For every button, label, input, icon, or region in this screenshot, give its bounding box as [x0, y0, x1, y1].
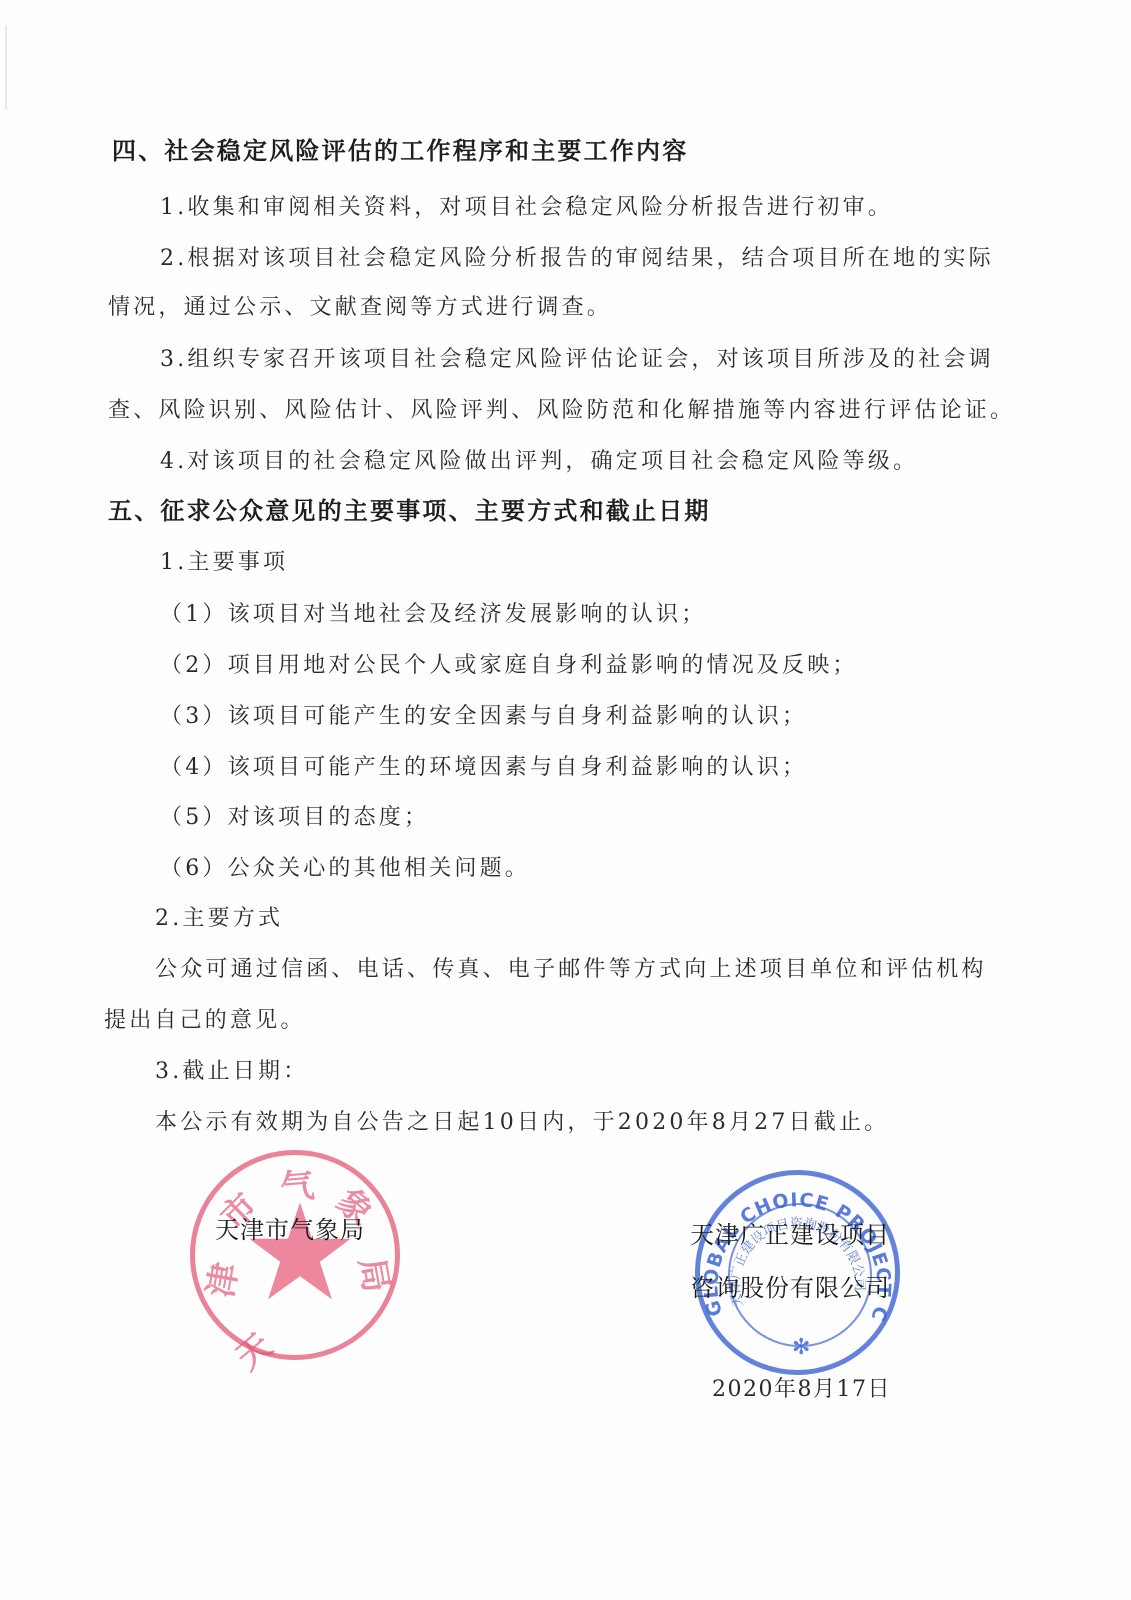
seal-char: 天: [223, 1320, 281, 1379]
subsection-2-title: 2.主要方式: [155, 904, 283, 934]
seal-char: 气: [278, 1158, 316, 1210]
section-4-item-1: 1.收集和审阅相关资料，对项目社会稳定风险分析报告进行初审。: [160, 193, 893, 223]
matter-item-1: （1）该项目对当地社会及经济发展影响的认识；: [160, 600, 706, 630]
red-official-seal: 天 津 市 气 象 局: [190, 1150, 400, 1360]
subsection-3-title: 3.截止日期：: [155, 1057, 308, 1087]
seal-asterisk-icon: ✻: [792, 1335, 810, 1360]
matter-item-6: （6）公众关心的其他相关问题。: [160, 854, 530, 884]
matter-item-2: （2）项目用地对公民个人或家庭自身利益影响的情况及反映；: [160, 651, 858, 681]
document-page: 四、社会稳定风险评估的工作程序和主要工作内容 1.收集和审阅相关资料，对项目社会…: [0, 0, 1131, 1600]
seal-char: 津: [193, 1259, 247, 1301]
signature-date: 2020年8月17日: [712, 1375, 891, 1405]
right-signatory-org-line-2: 咨询股份有限公司: [690, 1268, 890, 1303]
section-4-heading: 四、社会稳定风险评估的工作程序和主要工作内容: [112, 136, 688, 166]
methods-line-2: 提出自己的意见。: [104, 1006, 306, 1036]
section-4-item-2-line-2: 情况，通过公示、文献查阅等方式进行调查。: [108, 293, 612, 323]
scan-artifact: [5, 25, 7, 110]
section-4-item-3-line-1: 3.组织专家召开该项目社会稳定风险评估论证会，对该项目所涉及的社会调: [160, 345, 994, 375]
right-signatory-org-line-1: 天津广正建设项目: [690, 1215, 890, 1250]
left-signatory-org: 天津市气象局: [215, 1210, 365, 1245]
section-4-item-2-line-1: 2.根据对该项目社会稳定风险分析报告的审阅结果，结合项目所在地的实际: [160, 244, 994, 274]
matter-item-4: （4）该项目可能产生的环境因素与自身利益影响的认识；: [160, 753, 807, 783]
section-4-item-3-line-2: 查、风险识别、风险估计、风险评判、风险防范和化解措施等内容进行评估论证。: [108, 396, 1015, 426]
subsection-1-title: 1.主要事项: [160, 548, 288, 578]
seal-char: 局: [350, 1254, 404, 1296]
matter-item-3: （3）该项目可能产生的安全因素与自身利益影响的认识；: [160, 702, 807, 732]
section-5-heading: 五、征求公众意见的主要事项、主要方式和截止日期: [108, 496, 711, 526]
methods-line-1: 公众可通过信函、电话、传真、电子邮件等方式向上述项目单位和评估机构: [155, 955, 987, 985]
matter-item-5: （5）对该项目的态度；: [160, 803, 429, 833]
deadline-text: 本公示有效期为自公告之日起10日内，于2020年8月27日截止。: [155, 1108, 889, 1138]
section-4-item-4: 4.对该项目的社会稳定风险做出评判，确定项目社会稳定风险等级。: [160, 447, 918, 477]
